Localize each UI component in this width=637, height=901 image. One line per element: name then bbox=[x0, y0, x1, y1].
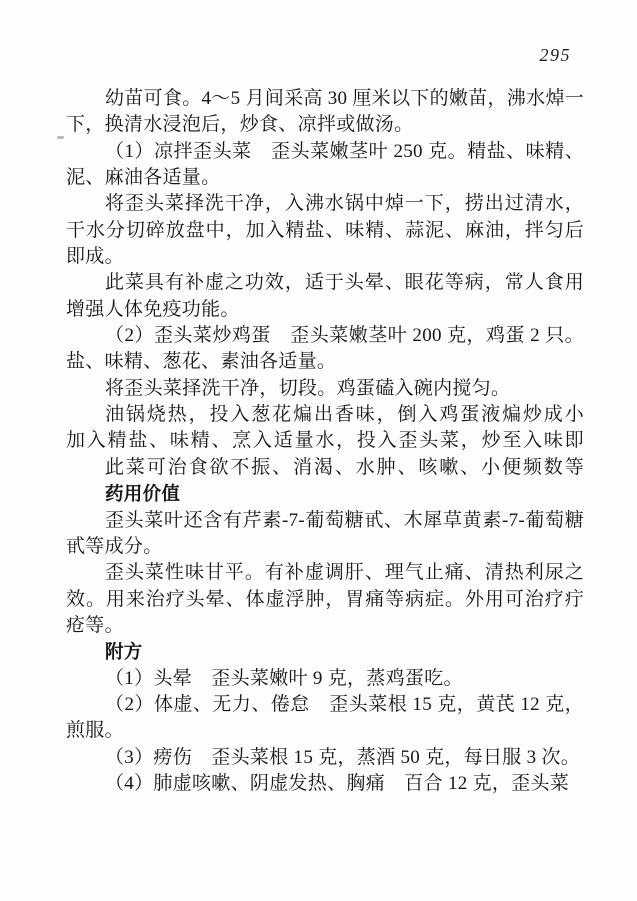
text-line: 加入精盐、味精、烹入适量水，投入歪头菜，炒至入味即成。 bbox=[66, 428, 584, 454]
text-line: （1）凉拌歪头菜 歪头菜嫩茎叶 250 克。精盐、味精、蒜 bbox=[66, 139, 584, 165]
text-line: 歪头菜叶还含有芹素-7-葡萄糖甙、木犀草黄素-7-葡萄糖 bbox=[66, 508, 584, 534]
text-line: 歪头菜性味甘平。有补虚调肝、理气止痛、清热利尿之功 bbox=[66, 560, 584, 586]
text-line: 盐、味精、葱花、素油各适量。 bbox=[66, 349, 584, 375]
text-line: （4）肺虚咳嗽、阴虚发热、胸痛 百合 12 克，歪头菜根 bbox=[66, 771, 584, 797]
text-line: 将歪头菜择洗干净，入沸水锅中焯一下，捞出过清水，沥 bbox=[66, 191, 584, 217]
page-number: 295 bbox=[540, 45, 572, 66]
text-line: 增强人体免疫功能。 bbox=[66, 297, 584, 323]
text-line: 甙等成分。 bbox=[66, 534, 584, 560]
text-line: 此菜具有补虚之功效，适于头晕、眼花等病，常人食用可 bbox=[66, 270, 584, 296]
text-line: （3）痨伤 歪头菜根 15 克，蒸酒 50 克，每日服 3 次。 bbox=[66, 745, 584, 771]
scan-artifact-speck bbox=[57, 136, 64, 139]
body-text-block: 幼苗可食。4～5 月间采高 30 厘米以下的嫩苗，沸水焯一下，换清水浸泡后，炒食… bbox=[66, 86, 584, 797]
scanned-book-page: 295 幼苗可食。4～5 月间采高 30 厘米以下的嫩苗，沸水焯一下，换清水浸泡… bbox=[0, 0, 637, 901]
text-line: 煎服。 bbox=[66, 718, 584, 744]
text-line: 效。用来治疗头晕、体虚浮肿，胃痛等病症。外用可治疗疔 bbox=[66, 587, 584, 613]
text-line: 此菜可治食欲不振、消渴、水肿、咳嗽、小便频数等症。 bbox=[66, 455, 584, 481]
text-line: 疮等。 bbox=[66, 613, 584, 639]
text-line: 泥、麻油各适量。 bbox=[66, 165, 584, 191]
text-line: （2）歪头菜炒鸡蛋 歪头菜嫩茎叶 200 克，鸡蛋 2 只。精 bbox=[66, 323, 584, 349]
text-line: 幼苗可食。4～5 月间采高 30 厘米以下的嫩苗，沸水焯一 bbox=[66, 86, 584, 112]
section-heading: 附方 bbox=[66, 639, 584, 665]
text-line: 干水分切碎放盘中，加入精盐、味精、蒜泥、麻油，拌匀后 bbox=[66, 218, 584, 244]
text-line: 油锅烧热，投入葱花煸出香味，倒入鸡蛋液煸炒成小块， bbox=[66, 402, 584, 428]
text-line: （2）体虚、无力、倦怠 歪头菜根 15 克，黄芪 12 克，水 bbox=[66, 692, 584, 718]
text-line: （1）头晕 歪头菜嫩叶 9 克，蒸鸡蛋吃。 bbox=[66, 666, 584, 692]
section-heading: 药用价值 bbox=[66, 481, 584, 507]
text-line: 即成。 bbox=[66, 244, 584, 270]
text-line: 将歪头菜择洗干净，切段。鸡蛋磕入碗内搅匀。 bbox=[66, 376, 584, 402]
text-line: 下，换清水浸泡后，炒食、凉拌或做汤。 bbox=[66, 112, 584, 138]
